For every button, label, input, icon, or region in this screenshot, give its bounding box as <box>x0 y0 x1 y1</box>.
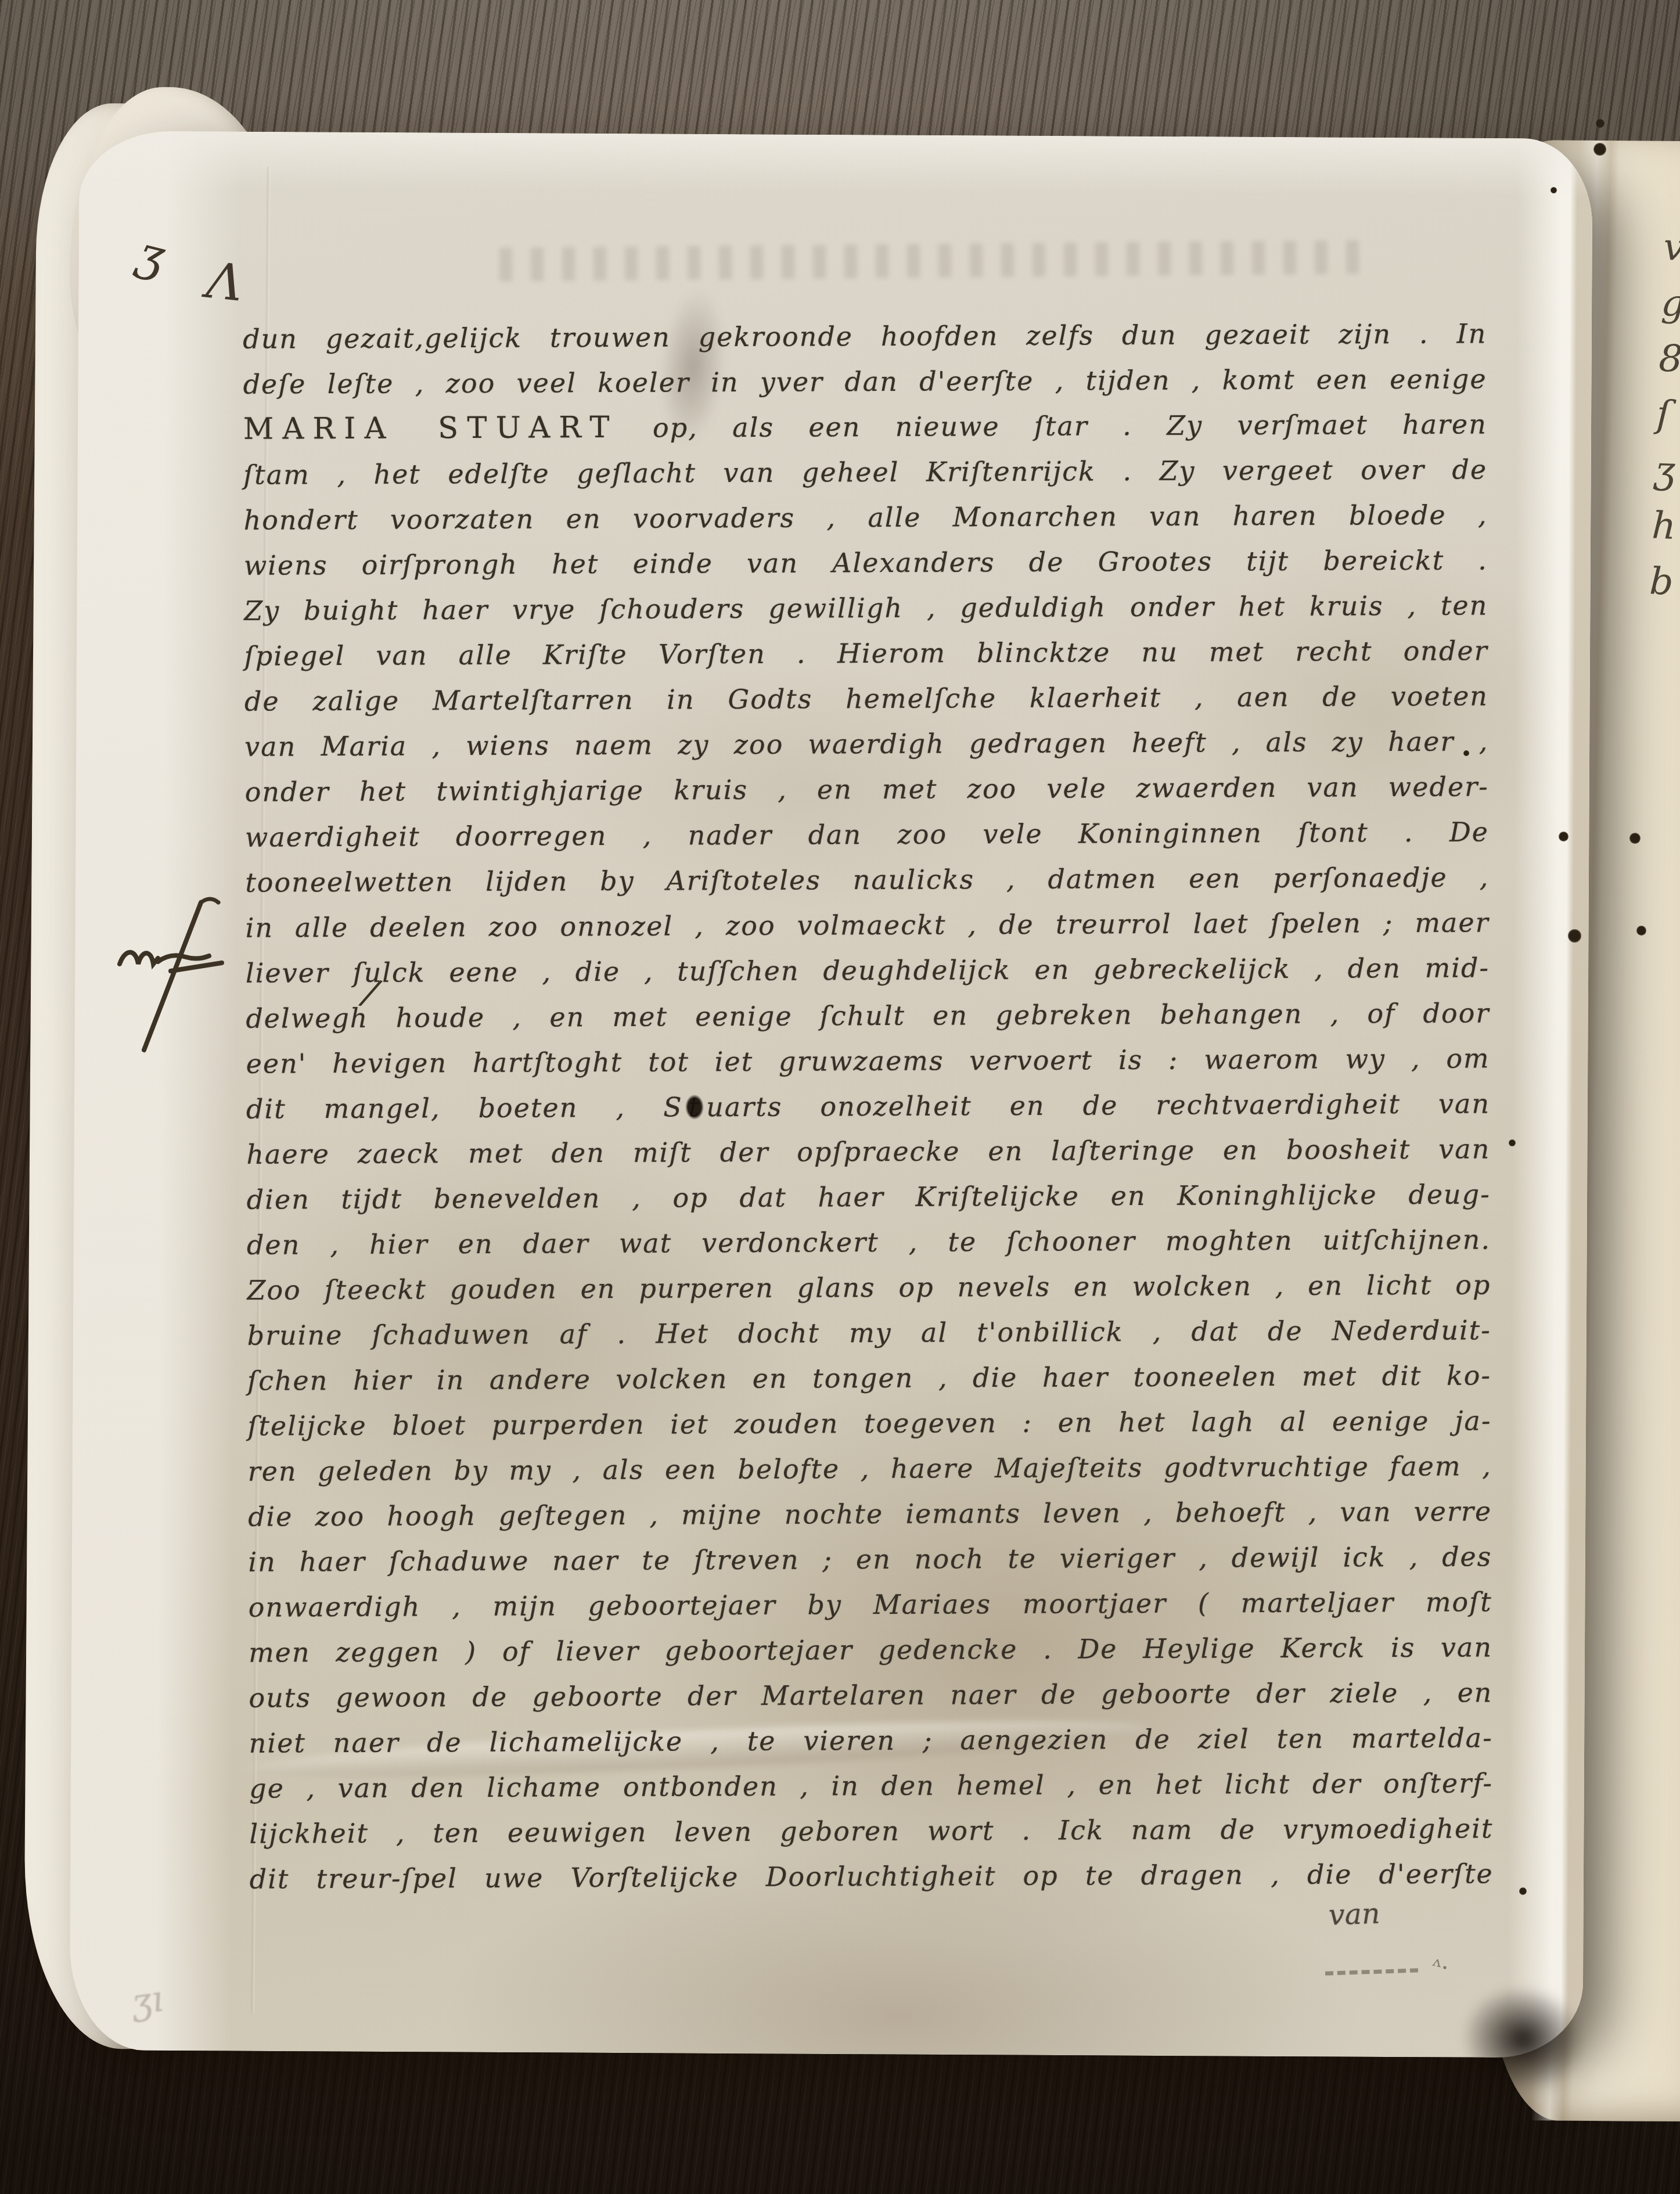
text-line: delwegh houde , en met eenige ſchult en … <box>246 990 1490 1041</box>
text-line: onwaerdigh , mijn geboortejaer by Mariae… <box>249 1579 1492 1630</box>
text-line: liever ſulck eene , die , tuſſchen deugh… <box>246 945 1490 995</box>
dedication-text: dun gezait,gelijck trouwen gekroonde hoo… <box>243 311 1494 1901</box>
wormhole-speck <box>1568 929 1581 943</box>
text-line: die zoo hoogh geſtegen , mijne nochte ie… <box>248 1488 1492 1539</box>
text-line: tooneelwetten lijden by Ariſtoteles naul… <box>245 854 1489 905</box>
edge-handwriting-glyph: 8 <box>1658 339 1680 380</box>
margin-pen-mark-wff <box>114 894 242 1057</box>
catchword: van <box>1328 1897 1380 1932</box>
text-line: ſpiegel van alle Kriſte Vorſten . Hierom… <box>244 628 1488 678</box>
text-line: lijckheit , ten eeuwigen leven geboren w… <box>249 1805 1493 1856</box>
text-line: ſchen hier in andere volcken en tongen ,… <box>247 1353 1491 1403</box>
edge-handwriting-glyph: g <box>1660 283 1680 325</box>
text-line: dit treur-ſpel uwe Vorſtelijcke Doorluch… <box>250 1851 1494 1901</box>
text-line: deſe leſte , zoo veel koeler in yver dan… <box>243 356 1487 407</box>
text-line: outs gewoon de geboorte der Martelaren n… <box>249 1670 1492 1720</box>
text-line: in haer ſchaduwe naer te ſtreven ; en no… <box>248 1534 1492 1584</box>
text-line: dit mangel, boeten , Stuarts onozelheit … <box>246 1081 1490 1131</box>
page-gap-shadow <box>1434 1961 1627 2134</box>
text-line: waerdigheit doorregen , nader dan zoo ve… <box>245 809 1489 859</box>
text-segment: uarts onozelheit en de rechtvaerdigheit … <box>706 1088 1490 1123</box>
text-line: onder het twintighjarige kruis , en met … <box>244 764 1488 814</box>
margin-caret-mark: Λ <box>204 251 246 313</box>
edge-handwriting-glyph: v <box>1663 228 1680 269</box>
text-line: ren geleden by my , als een belofte , ha… <box>248 1443 1492 1494</box>
text-line: ge , van den lichame ontbonden , in den … <box>249 1760 1493 1811</box>
text-line: dun gezait,gelijck trouwen gekroonde hoo… <box>243 311 1487 361</box>
text-line: ſtelijcke bloet purperden iet zouden toe… <box>247 1398 1491 1448</box>
edge-handwriting: vg8ſʒhb <box>1649 228 1680 603</box>
text-line: in alle deelen zoo onnozel , zoo volmaec… <box>245 900 1489 950</box>
faint-pencil-mark: ʒı <box>128 1977 166 2024</box>
wormhole-speck <box>1519 1887 1527 1895</box>
text-line: een' hevigen hartſtoght tot iet gruwzaem… <box>246 1035 1490 1086</box>
text-line: Zy buight haer vrye ſchouders gewilligh … <box>244 582 1488 633</box>
text-segment: dit mangel, boeten , S <box>246 1091 683 1124</box>
edge-handwriting-glyph: ʒ <box>1653 450 1680 491</box>
edge-handwriting-glyph: b <box>1649 562 1680 603</box>
wormhole-speck <box>1596 119 1605 128</box>
wormhole-speck <box>1463 750 1469 756</box>
edge-handwriting-glyph: h <box>1651 506 1680 547</box>
text-line: men zeggen ) of liever geboortejaer gede… <box>249 1624 1492 1675</box>
text-line: den , hier en daer wat verdonckert , te … <box>247 1217 1491 1267</box>
text-line: bruine ſchaduwen af . Het docht my al t'… <box>247 1307 1491 1358</box>
text-line: Zoo ſteeckt gouden en purperen glans op … <box>247 1262 1491 1312</box>
text-segment: op, als een nieuwe ſtar . Zy verſmaet ha… <box>618 408 1487 444</box>
text-line: hondert voorzaten en voorvaders , alle M… <box>243 492 1487 542</box>
wormhole-speck <box>1559 832 1569 841</box>
text-line: ſtam , het edelſte geſlacht van geheel K… <box>243 447 1487 497</box>
ink-blot: t <box>683 1091 707 1123</box>
text-line: wiens oirſprongh het einde van Alexander… <box>244 537 1488 588</box>
text-line: van Maria , wiens naem zy zoo waerdigh g… <box>244 718 1488 769</box>
text-line: MARIA STUART op, als een nieuwe ſtar . Z… <box>243 401 1487 452</box>
text-line: niet naer de lichamelijcke , te vieren ;… <box>249 1715 1493 1765</box>
wormhole-speck <box>1551 187 1557 193</box>
wormhole-speck <box>1629 833 1641 844</box>
text-line: dien tijdt benevelden , op dat haer Kriſ… <box>247 1171 1491 1222</box>
text-line: de zalige Martelſtarren in Godts hemelſc… <box>244 673 1488 724</box>
edge-handwriting-glyph: ſ <box>1656 395 1680 436</box>
wormhole-speck <box>1636 926 1646 936</box>
text-segment: MARIA STUART <box>243 411 618 447</box>
wormhole-speck <box>1509 1139 1516 1146</box>
wormhole-speck <box>1593 143 1606 156</box>
text-line: haere zaeck met den miſt der opſpraecke … <box>246 1126 1490 1177</box>
